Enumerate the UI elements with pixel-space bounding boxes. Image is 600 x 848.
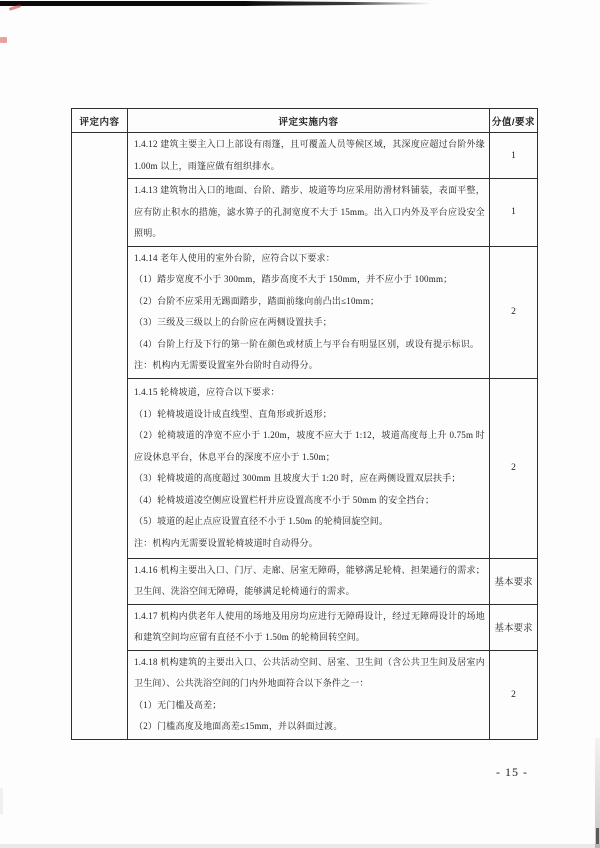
clause-line: 1.4.14 老年人使用的室外台阶，应符合以下要求： xyxy=(134,248,485,270)
implementation-cell-1.4.13: 1.4.13 建筑物出入口的地面、台阶、踏步、坡道等均应采用防滑材料铺装，表面平… xyxy=(128,179,490,247)
implementation-cell-1.4.17: 1.4.17 机构内供老年人使用的场地及用房均应进行无障碍设计，经过无障碍设计的… xyxy=(128,604,490,650)
clause-line: （2）轮椅坡道的净宽不应小于 1.20m，坡度不应大于 1:12，坡道高度每上升… xyxy=(134,425,485,468)
table-row: 1.4.12 建筑主要主入口上部设有雨篷，且可覆盖人员等候区域，其深度应超过台阶… xyxy=(72,133,538,179)
table-row: 1.4.16 机构主要出入口、门厅、走廊、居室无障碍，能够满足轮椅、担架通行的需… xyxy=(72,558,538,604)
scan-shadow-bottom xyxy=(0,844,600,848)
table-row: 1.4.18 机构建筑的主要出入口、公共活动空间、居室、卫生间（含公共卫生间及居… xyxy=(72,650,538,739)
clause-line: （3）三级及三级以上的台阶应在两侧设置扶手； xyxy=(134,312,485,334)
implementation-cell-1.4.18: 1.4.18 机构建筑的主要出入口、公共活动空间、居室、卫生间（含公共卫生间及居… xyxy=(128,650,490,739)
col-header-score-requirement: 分值/要求 xyxy=(490,109,538,133)
table-body: 1.4.12 建筑主要主入口上部设有雨篷，且可覆盖人员等候区域，其深度应超过台阶… xyxy=(72,133,538,740)
clause-line: 1.4.13 建筑物出入口的地面、台阶、踏步、坡道等均应采用防滑材料铺装，表面平… xyxy=(134,180,485,245)
page-number: - 15 - xyxy=(486,765,538,780)
clause-line: 1.4.18 机构建筑的主要出入口、公共活动空间、居室、卫生间（含公共卫生间及居… xyxy=(134,652,485,695)
col-header-implementation-content: 评定实施内容 xyxy=(128,109,490,133)
scan-shadow-mark xyxy=(596,828,599,844)
table-row: 1.4.15 轮椅坡道，应符合以下要求：（1）轮椅坡道设计成直线型、直角形或折返… xyxy=(72,378,538,558)
clause-line: 1.4.17 机构内供老年人使用的场地及用房均应进行无障碍设计，经过无障碍设计的… xyxy=(134,606,485,649)
red-stamp-mark xyxy=(0,37,7,43)
score-cell-1.4.17: 基本要求 xyxy=(490,604,538,650)
col-header-evaluation-content: 评定内容 xyxy=(72,109,128,133)
implementation-cell-1.4.14: 1.4.14 老年人使用的室外台阶，应符合以下要求：（1）踏步宽度不小于 300… xyxy=(128,246,490,378)
clause-line: （5）坡道的起止点应设置直径不小于 1.50m 的轮椅回旋空间。 xyxy=(134,511,485,533)
table-row: 1.4.13 建筑物出入口的地面、台阶、踏步、坡道等均应采用防滑材料铺装，表面平… xyxy=(72,179,538,247)
clause-line: （1）无门槛及高差； xyxy=(134,695,485,717)
category-cell xyxy=(72,133,128,740)
scanned-document-page: 评定内容 评定实施内容 分值/要求 1.4.12 建筑主要主入口上部设有雨篷，且… xyxy=(0,0,600,848)
score-cell-1.4.18: 2 xyxy=(490,650,538,739)
clause-line: （1）踏步宽度不小于 300mm，踏步高度不大于 150mm，并不应小于 100… xyxy=(134,269,485,291)
clause-line: （2）台阶不应采用无踢面踏步，踏面前缘向前凸出≤10mm； xyxy=(134,291,485,313)
score-cell-1.4.12: 1 xyxy=(490,133,538,179)
clause-line: （3）轮椅坡道的高度超过 300mm 且坡度大于 1:20 时，应在两侧设置双层… xyxy=(134,468,485,490)
table-header-row: 评定内容 评定实施内容 分值/要求 xyxy=(72,109,538,133)
score-cell-1.4.13: 1 xyxy=(490,179,538,247)
implementation-cell-1.4.12: 1.4.12 建筑主要主入口上部设有雨篷，且可覆盖人员等候区域，其深度应超过台阶… xyxy=(128,133,490,179)
clause-line: （4）台阶上行及下行的第一阶在颜色或材质上与平台有明显区别，或设有提示标识。 xyxy=(134,334,485,356)
clause-line: 注：机构内无需要设置室外台阶时自动得分。 xyxy=(134,355,485,377)
score-cell-1.4.15: 2 xyxy=(490,378,538,558)
clause-line: 1.4.16 机构主要出入口、门厅、走廊、居室无障碍，能够满足轮椅、担架通行的需… xyxy=(134,560,485,603)
clause-line: 1.4.12 建筑主要主入口上部设有雨篷，且可覆盖人员等候区域，其深度应超过台阶… xyxy=(134,134,485,177)
clause-line: （2）门槛高度及地面高差≤15mm，并以斜面过渡。 xyxy=(134,716,485,738)
evaluation-table: 评定内容 评定实施内容 分值/要求 1.4.12 建筑主要主入口上部设有雨篷，且… xyxy=(71,108,538,740)
scan-edge-artifact xyxy=(0,1,445,6)
clause-line: 注：机构内无需要设置轮椅坡道时自动得分。 xyxy=(134,533,485,555)
clause-line: （1）轮椅坡道设计成直线型、直角形或折返形； xyxy=(134,404,485,426)
table-row: 1.4.14 老年人使用的室外台阶，应符合以下要求：（1）踏步宽度不小于 300… xyxy=(72,246,538,378)
scan-smudge-left xyxy=(0,788,3,814)
implementation-cell-1.4.16: 1.4.16 机构主要出入口、门厅、走廊、居室无障碍，能够满足轮椅、担架通行的需… xyxy=(128,558,490,604)
clause-line: 1.4.15 轮椅坡道，应符合以下要求： xyxy=(134,382,485,404)
score-cell-1.4.16: 基本要求 xyxy=(490,558,538,604)
clause-line: （4）轮椅坡道凌空侧应设置栏杆并应设置高度不小于 50mm 的安全挡台； xyxy=(134,490,485,512)
score-cell-1.4.14: 2 xyxy=(490,246,538,378)
table-row: 1.4.17 机构内供老年人使用的场地及用房均应进行无障碍设计，经过无障碍设计的… xyxy=(72,604,538,650)
implementation-cell-1.4.15: 1.4.15 轮椅坡道，应符合以下要求：（1）轮椅坡道设计成直线型、直角形或折返… xyxy=(128,378,490,558)
